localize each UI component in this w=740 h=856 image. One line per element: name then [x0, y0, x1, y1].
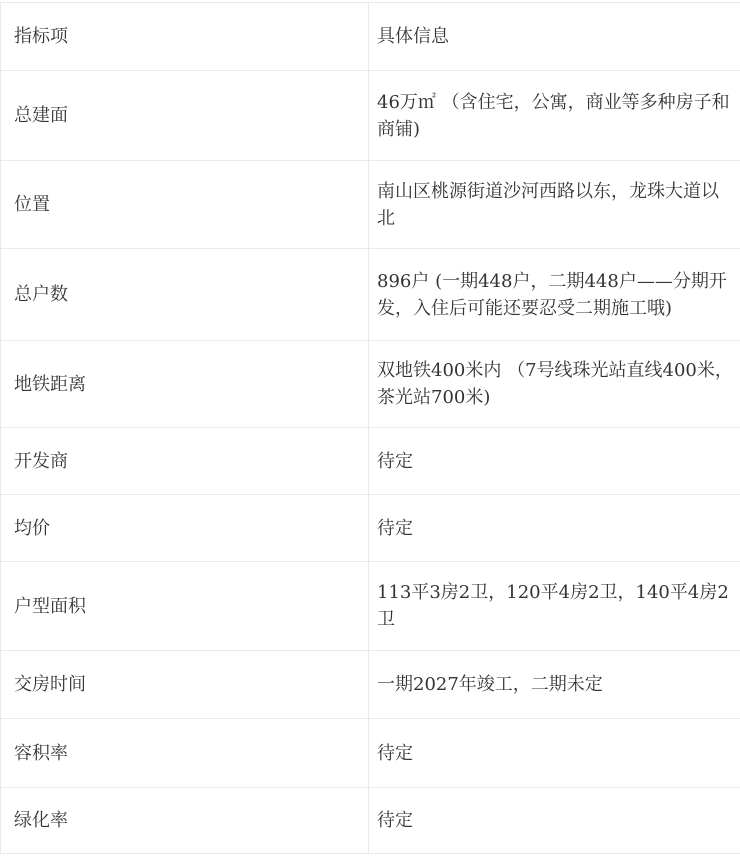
value-cell: 46万㎡ （含住宅，公寓，商业等多种房子和商铺) — [369, 71, 740, 161]
value-cell: 113平3房2卫，120平4房2卫，140平4房2卫 — [369, 562, 740, 651]
value-cell: 待定 — [369, 788, 740, 854]
label-cell: 户型面积 — [1, 562, 369, 651]
table-row: 绿化率 待定 — [1, 788, 740, 854]
table-row: 开发商 待定 — [1, 428, 740, 495]
label-cell: 总建面 — [1, 71, 369, 161]
table-row: 容积率 待定 — [1, 719, 740, 788]
table-row: 总户数 896户 (一期448户，二期448户——分期开发，入住后可能还要忍受二… — [1, 249, 740, 341]
header-label-cell: 指标项 — [1, 3, 369, 71]
label-cell: 位置 — [1, 161, 369, 249]
table-body: 指标项 具体信息 总建面 46万㎡ （含住宅，公寓，商业等多种房子和商铺) 位置… — [1, 3, 740, 854]
table-row: 户型面积 113平3房2卫，120平4房2卫，140平4房2卫 — [1, 562, 740, 651]
label-cell: 地铁距离 — [1, 341, 369, 428]
label-cell: 绿化率 — [1, 788, 369, 854]
label-cell: 均价 — [1, 495, 369, 562]
header-value-cell: 具体信息 — [369, 3, 740, 71]
table-row: 均价 待定 — [1, 495, 740, 562]
table-row: 地铁距离 双地铁400米内 （7号线珠光站直线400米，茶光站700米) — [1, 341, 740, 428]
value-cell: 一期2027年竣工，二期未定 — [369, 651, 740, 719]
label-cell: 总户数 — [1, 249, 369, 341]
table-header-row: 指标项 具体信息 — [1, 3, 740, 71]
value-cell: 待定 — [369, 428, 740, 495]
table-row: 总建面 46万㎡ （含住宅，公寓，商业等多种房子和商铺) — [1, 71, 740, 161]
label-cell: 容积率 — [1, 719, 369, 788]
value-cell: 双地铁400米内 （7号线珠光站直线400米，茶光站700米) — [369, 341, 740, 428]
value-cell: 896户 (一期448户，二期448户——分期开发，入住后可能还要忍受二期施工哦… — [369, 249, 740, 341]
value-cell: 待定 — [369, 719, 740, 788]
table-row: 位置 南山区桃源街道沙河西路以东，龙珠大道以北 — [1, 161, 740, 249]
table-row: 交房时间 一期2027年竣工，二期未定 — [1, 651, 740, 719]
value-cell: 南山区桃源街道沙河西路以东，龙珠大道以北 — [369, 161, 740, 249]
label-cell: 开发商 — [1, 428, 369, 495]
value-cell: 待定 — [369, 495, 740, 562]
property-info-table: 指标项 具体信息 总建面 46万㎡ （含住宅，公寓，商业等多种房子和商铺) 位置… — [0, 2, 740, 854]
label-cell: 交房时间 — [1, 651, 369, 719]
